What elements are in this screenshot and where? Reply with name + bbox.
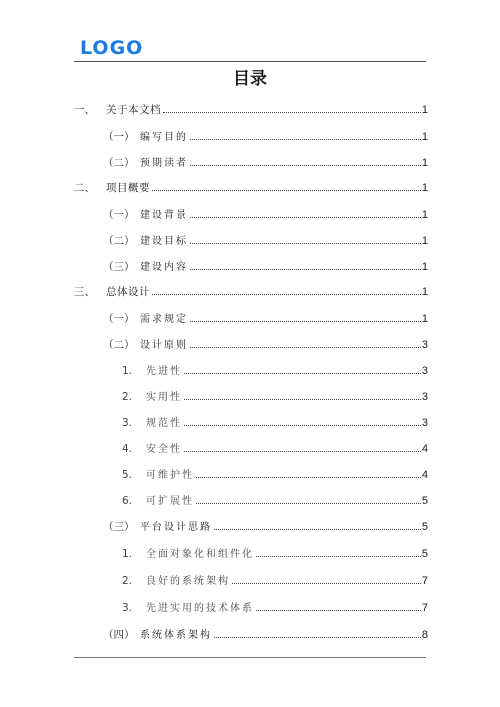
toc-entry-page-number: 1 [422, 313, 428, 325]
toc-entry-number: （二） [103, 233, 140, 248]
dot-leader [196, 502, 421, 504]
toc-entry-page-number: 8 [422, 629, 428, 641]
dot-leader [190, 242, 421, 244]
toc-entry-label: 需求规定 [140, 310, 188, 325]
toc-entry-label: 设计原则 [140, 336, 188, 351]
toc-entry[interactable]: 3.规范性3 [122, 414, 428, 430]
toc-entry-label: 安全性 [146, 440, 182, 455]
dot-leader [152, 189, 421, 191]
toc-entry-label: 系统体系架构 [140, 626, 212, 641]
toc-entry-number: 1. [122, 365, 146, 377]
toc-entry-number: （四） [103, 627, 140, 642]
toc-entry-label: 项目概要 [106, 180, 150, 195]
toc-entry-number: （三） [103, 259, 140, 274]
toc-entry-number: 6. [122, 495, 146, 507]
dot-leader [256, 555, 421, 557]
toc-entry-page-number: 5 [422, 495, 428, 507]
toc-entry[interactable]: （四）系统体系架构8 [103, 626, 428, 642]
toc-entry-page-number: 7 [422, 602, 428, 614]
toc-entry-page-number: 5 [422, 521, 428, 533]
toc-entry-page-number: 4 [422, 469, 428, 481]
toc-entry[interactable]: 3.先进实用的技术体系7 [122, 599, 428, 615]
toc-entry[interactable]: （三）平台设计思路5 [103, 518, 428, 534]
toc-entry-number: （三） [103, 519, 140, 534]
toc-entry-number: 1. [122, 548, 146, 560]
dot-leader [190, 320, 421, 322]
toc-entry-label: 实用性 [146, 388, 182, 403]
toc-entry[interactable]: 二、项目概要1 [74, 180, 428, 196]
toc-entry[interactable]: （二）预期读者1 [103, 154, 428, 170]
dot-leader [256, 609, 421, 611]
toc-entry[interactable]: （一）编写目的1 [103, 128, 428, 144]
toc-entry-page-number: 1 [422, 157, 428, 169]
toc-entry[interactable]: （一）需求规定1 [103, 310, 428, 326]
toc-entry-page-number: 1 [422, 131, 428, 143]
toc-entry-number: （一） [103, 129, 140, 144]
toc-entry-number: 2. [122, 575, 146, 587]
toc-entry-page-number: 1 [422, 235, 428, 247]
toc-entry-number: （二） [103, 337, 140, 352]
toc-entry-label: 建设目标 [140, 232, 188, 247]
toc-entry[interactable]: （一）建设背景1 [103, 206, 428, 222]
dot-leader [190, 216, 421, 218]
toc-entry-number: 三、 [74, 284, 106, 299]
toc-entry[interactable]: 6.可扩展性5 [122, 492, 428, 508]
toc-entry-page-number: 3 [422, 339, 428, 351]
toc-entry[interactable]: （二）设计原则3 [103, 336, 428, 352]
toc-entry-page-number: 7 [422, 575, 428, 587]
dot-leader [184, 372, 421, 374]
toc-entry-page-number: 1 [422, 261, 428, 273]
toc-entry-label: 可维护性 [146, 466, 194, 481]
toc-entry-number: 二、 [74, 180, 106, 195]
dot-leader [214, 636, 421, 638]
toc-entry-label: 建设内容 [140, 258, 188, 273]
toc-entry-page-number: 1 [422, 286, 428, 298]
toc-entry[interactable]: 1.全面对象化和组件化5 [122, 545, 428, 561]
toc-entry-page-number: 5 [422, 548, 428, 560]
toc-entry[interactable]: 1.先进性3 [122, 362, 428, 378]
toc-entry-label: 规范性 [146, 414, 182, 429]
toc-entry[interactable]: 三、总体设计1 [74, 284, 428, 300]
dot-leader [190, 268, 421, 270]
toc-entry[interactable]: 2.良好的系统架构7 [122, 572, 428, 588]
toc-entry-number: 3. [122, 602, 146, 614]
dot-leader [152, 293, 421, 295]
toc-entry-number: 3. [122, 417, 146, 429]
dot-leader [190, 164, 421, 166]
logo: LOGO [80, 37, 143, 59]
header-divider [74, 61, 426, 62]
dot-leader [196, 476, 421, 478]
toc-entry[interactable]: 一、关于本文档1 [74, 102, 428, 118]
toc-entry-label: 先进实用的技术体系 [146, 599, 254, 614]
toc-entry-label: 良好的系统架构 [146, 572, 230, 587]
toc-entry-number: （一） [103, 207, 140, 222]
toc-entry-page-number: 1 [422, 104, 428, 116]
dot-leader [190, 346, 421, 348]
toc-entry-label: 平台设计思路 [140, 518, 212, 533]
toc-entry[interactable]: 5.可维护性4 [122, 466, 428, 482]
toc-entry-page-number: 4 [422, 443, 428, 455]
toc-entry-number: 4. [122, 443, 146, 455]
toc-entry-label: 关于本文档 [106, 102, 161, 117]
toc-entry-number: 2. [122, 391, 146, 403]
dot-leader [184, 424, 421, 426]
dot-leader [190, 138, 421, 140]
dot-leader [163, 111, 421, 113]
toc-entry-number: 5. [122, 469, 146, 481]
toc-entry[interactable]: （三）建设内容1 [103, 258, 428, 274]
toc-entry-label: 编写目的 [140, 128, 188, 143]
toc-entry[interactable]: 2.实用性3 [122, 388, 428, 404]
toc-entry-page-number: 3 [422, 417, 428, 429]
toc-entry-label: 可扩展性 [146, 492, 194, 507]
toc-entry-number: （一） [103, 311, 140, 326]
dot-leader [214, 528, 421, 530]
toc-entry-label: 预期读者 [140, 154, 188, 169]
toc-entry[interactable]: 4.安全性4 [122, 440, 428, 456]
toc-entry-label: 总体设计 [106, 284, 150, 299]
dot-leader [184, 398, 421, 400]
page-title: 目录 [0, 64, 500, 89]
dot-leader [232, 582, 421, 584]
toc-entry-label: 建设背景 [140, 206, 188, 221]
toc-entry-page-number: 1 [422, 209, 428, 221]
toc-entry-number: （二） [103, 155, 140, 170]
toc-entry-page-number: 3 [422, 365, 428, 377]
toc-entry-label: 先进性 [146, 362, 182, 377]
footer-divider [74, 657, 426, 658]
toc-entry-number: 一、 [74, 102, 106, 117]
toc-entry-page-number: 3 [422, 391, 428, 403]
toc-entry-label: 全面对象化和组件化 [146, 545, 254, 560]
dot-leader [184, 450, 421, 452]
toc-entry[interactable]: （二）建设目标1 [103, 232, 428, 248]
toc-entry-page-number: 1 [422, 182, 428, 194]
